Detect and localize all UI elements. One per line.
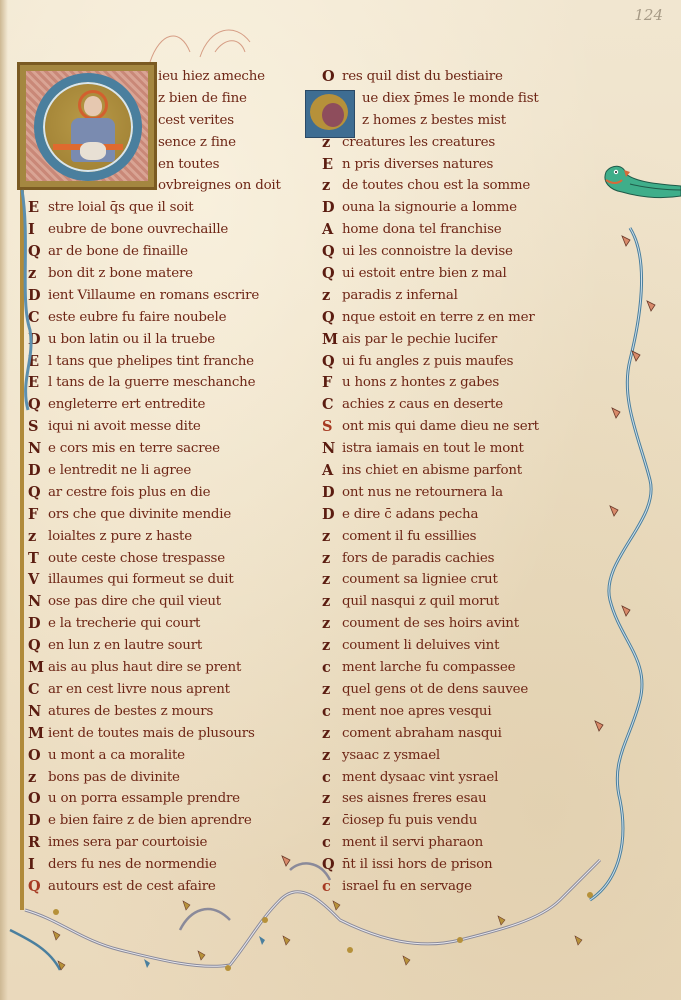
- header-line: en toutes: [158, 154, 328, 176]
- verse-line: Mient de toutes mais de plusours: [28, 723, 328, 745]
- verse-line: Qui fu angles z puis maufes: [322, 351, 612, 373]
- verse-line: Nose pas dire che quil vieut: [28, 591, 328, 613]
- verse-line: Cachies z caus en deserte: [322, 394, 612, 416]
- verse-line: Qui estoit entre bien z mal: [322, 263, 612, 285]
- verse-line: Fu hons z hontes z gabes: [322, 372, 612, 394]
- verse-line: Villaumes qui formeut se duit: [28, 569, 328, 591]
- verse-line: Fors che que divinite mendie: [28, 504, 328, 526]
- verse-line: Qar de bone de finaille: [28, 241, 328, 263]
- verse-line: Ieubre de bone ouvrechaille: [28, 219, 328, 241]
- header-line: cest verites: [158, 110, 328, 132]
- verse-line: cment noe apres vesqui: [322, 701, 612, 723]
- folio-number: 124: [634, 6, 663, 24]
- header-line: z bien de fine: [158, 88, 328, 110]
- verse-line: De lentredit ne li agree: [28, 460, 328, 482]
- verse-line: zbons pas de divinite: [28, 767, 328, 789]
- verse-line: Qui les connoistre la devise: [322, 241, 612, 263]
- verse-line: Toute ceste chose trespasse: [28, 548, 328, 570]
- verse-line: Sont mis qui dame dieu ne sert: [322, 416, 612, 438]
- header-line: ieu hiez ameche: [158, 66, 328, 88]
- verse-line: z homes z bestes mist: [362, 110, 612, 132]
- verse-line: Iders fu nes de normendie: [28, 854, 328, 876]
- verse-line: Natures de bestes z mours: [28, 701, 328, 723]
- verse-line: cisrael fu en servage: [322, 876, 612, 898]
- verse-line: cment larche fu compassee: [322, 657, 612, 679]
- verse-line: zcoment abraham nasqui: [322, 723, 612, 745]
- verse-line: cment il servi pharaon: [322, 832, 612, 854]
- verse-line: Estre loial q̄s que il soit: [28, 197, 328, 219]
- verse-line: Mais par le pechie lucifer: [322, 329, 612, 351]
- verse-line: ue diex p̄mes le monde fist: [362, 88, 612, 110]
- verse-line: Ou mont a ca moralite: [28, 745, 328, 767]
- verse-line: zquil nasqui z quil morut: [322, 591, 612, 613]
- manuscript-page: 124 ieu hiez ameche z bien de fine cest …: [0, 0, 681, 1000]
- verse-line: Ores quil dist du bestiaire: [322, 66, 612, 88]
- verse-line: Nistra iamais en tout le mont: [322, 438, 612, 460]
- verse-line: Car en cest livre nous aprent: [28, 679, 328, 701]
- verse-line: zparadis z infernal: [322, 285, 612, 307]
- verse-line: zfors de paradis cachies: [322, 548, 612, 570]
- binding-gutter: [0, 0, 8, 1000]
- verse-line: Qen lun z en lautre sourt: [28, 635, 328, 657]
- verse-line: Qn̄t il issi hors de prison: [322, 854, 612, 876]
- verse-line: De dire c̄ adans pecha: [322, 504, 612, 526]
- verse-line: Qnque estoit en terre z en mer: [322, 307, 612, 329]
- verse-line: zcoment il fu essillies: [322, 526, 612, 548]
- verse-line: El tans que phelipes tint franche: [28, 351, 328, 373]
- verse-line: zysaac z ysmael: [322, 745, 612, 767]
- verse-line: Ahome dona tel franchise: [322, 219, 612, 241]
- verse-line: zc̄iosep fu puis vendu: [322, 810, 612, 832]
- verse-line: En pris diverses natures: [322, 154, 612, 176]
- parrot-icon: [596, 162, 681, 222]
- verse-line: zcoument sa ligniee crut: [322, 569, 612, 591]
- verse-line: zloialtes z pure z haste: [28, 526, 328, 548]
- verse-line: Siqui ni avoit messe dite: [28, 416, 328, 438]
- header-line: ovbreignes on doit: [158, 175, 328, 197]
- verse-line: zbon dit z bone matere: [28, 263, 328, 285]
- left-column: ieu hiez ameche z bien de fine cest veri…: [28, 66, 328, 898]
- right-column: Ores quil dist du bestiaire ue diex p̄me…: [322, 66, 612, 898]
- verse-line: Ceste eubre fu faire noubele: [28, 307, 328, 329]
- verse-line: Qautours est de cest afaire: [28, 876, 328, 898]
- verse-line: Rimes sera par courtoisie: [28, 832, 328, 854]
- verse-line: Douna la signourie a lomme: [322, 197, 612, 219]
- verse-line: Dient Villaume en romans escrire: [28, 285, 328, 307]
- verse-line: Mais au plus haut dire se prent: [28, 657, 328, 679]
- verse-line: Qengleterre ert entredite: [28, 394, 328, 416]
- verse-line: Ne cors mis en terre sacree: [28, 438, 328, 460]
- verse-line: zcoument li deluives vint: [322, 635, 612, 657]
- verse-line: Ou on porra essample prendre: [28, 788, 328, 810]
- verse-line: zcoument de ses hoirs avint: [322, 613, 612, 635]
- verse-line: Dont nus ne retournera la: [322, 482, 612, 504]
- verse-line: zcreatures les creatures: [322, 132, 612, 154]
- verse-line: Ains chiet en abisme parfont: [322, 460, 612, 482]
- header-line: sence z fine: [158, 132, 328, 154]
- verse-line: zde toutes chou est la somme: [322, 175, 612, 197]
- verse-line: cment dysaac vint ysrael: [322, 767, 612, 789]
- verse-line: Du bon latin ou il la truebe: [28, 329, 328, 351]
- verse-line: zquel gens ot de dens sauvee: [322, 679, 612, 701]
- pen-flourish: [140, 22, 260, 67]
- verse-line: zses aisnes freres esau: [322, 788, 612, 810]
- verse-line: De bien faire z de bien aprendre: [28, 810, 328, 832]
- verse-line: De la trecherie qui court: [28, 613, 328, 635]
- verse-line: El tans de la guerre meschanche: [28, 372, 328, 394]
- verse-line: Qar cestre fois plus en die: [28, 482, 328, 504]
